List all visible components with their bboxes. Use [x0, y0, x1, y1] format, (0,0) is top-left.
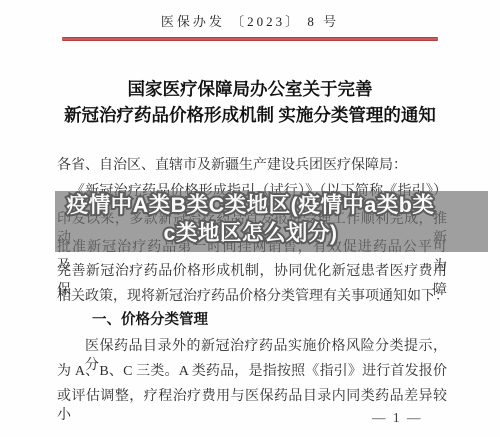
caption-line-2: c类地区怎么划分)	[163, 219, 337, 247]
caption-line-1: 疫情中A类B类C类地区(疫情中a类b类	[67, 191, 435, 219]
doc-title-line-2: 新冠治疗药品价格形成机制 实施分类管理的通知	[0, 102, 500, 128]
body-line-5: 相关政策，现将新冠治疗药品价格分类管理有关事项通知如下：	[57, 287, 447, 306]
doc-number: 医保办发 〔2023〕 8 号	[0, 11, 500, 30]
doc-title-line-1: 国家医疗保障局办公室关于完善	[0, 76, 500, 102]
document-page: 医保办发 〔2023〕 8 号 国家医疗保障局办公室关于完善 新冠治疗药品价格形…	[0, 0, 500, 437]
doc-title: 国家医疗保障局办公室关于完善 新冠治疗药品价格形成机制 实施分类管理的通知	[0, 76, 500, 128]
salutation-line: 各省、自治区、直辖市及新疆生产建设兵团医疗保障局：	[57, 156, 447, 175]
red-divider-line	[62, 37, 438, 41]
caption-overlay: 疫情中A类B类C类地区(疫情中a类b类 c类地区怎么划分)	[55, 191, 488, 252]
body-line-8: 为 A、B、C 三类。A 类药品，是指按照《指引》进行首发报价	[57, 362, 447, 381]
section-heading: 一、价格分类管理	[57, 311, 447, 330]
page-number: — 1 —	[372, 410, 423, 426]
